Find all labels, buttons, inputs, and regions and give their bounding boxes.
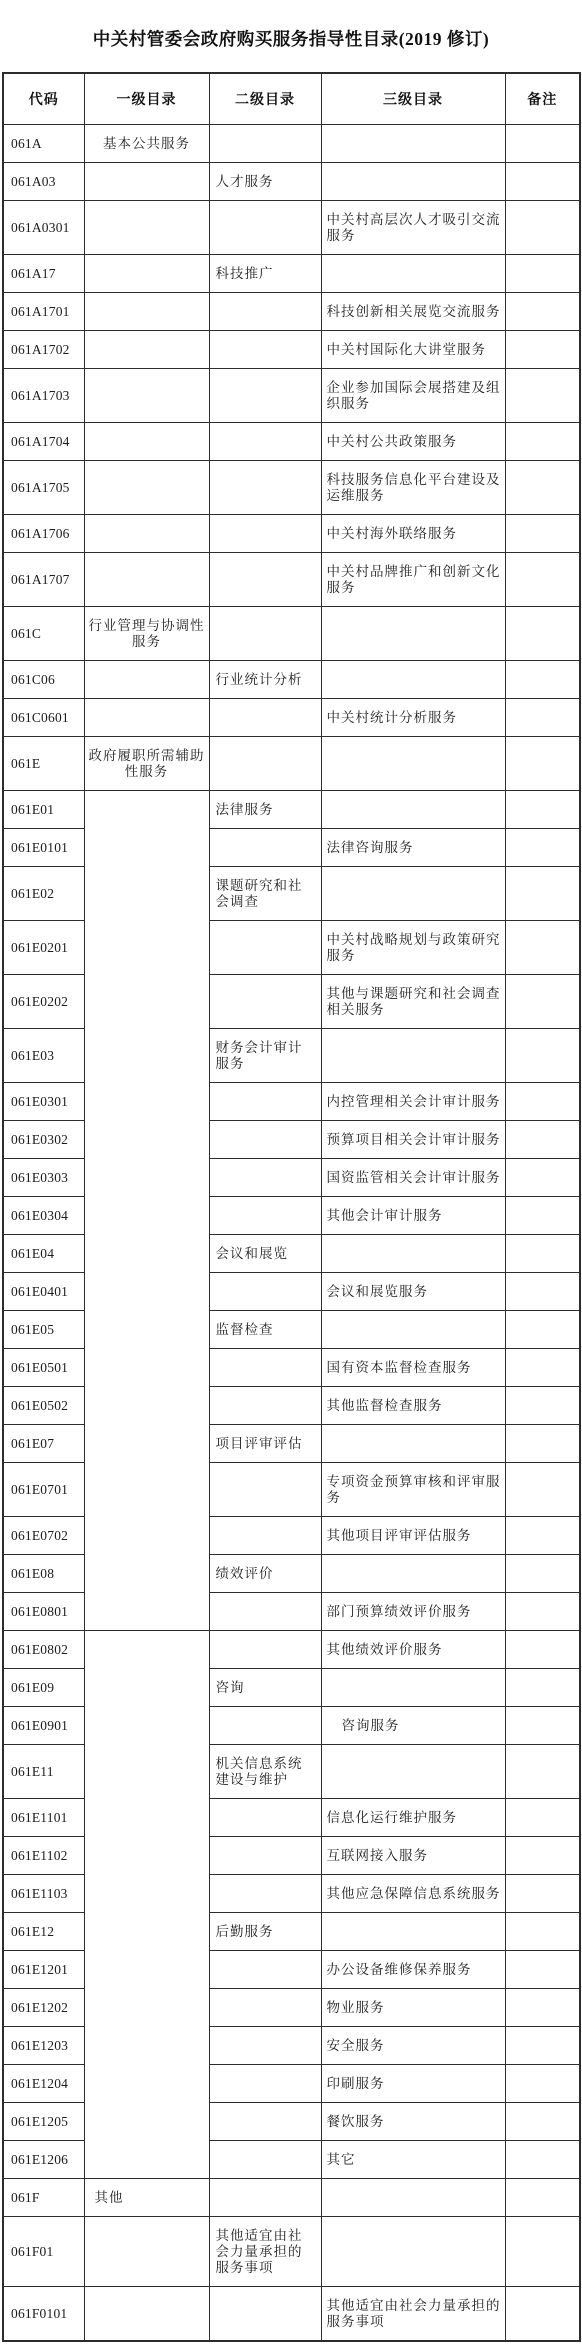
cell-level1: 其他 bbox=[84, 2179, 209, 2217]
cell-note bbox=[505, 1555, 580, 1593]
cell-level3 bbox=[321, 791, 505, 829]
cell-level3: 餐饮服务 bbox=[321, 2103, 505, 2141]
cell-level1 bbox=[84, 791, 209, 1631]
cell-level2 bbox=[209, 369, 321, 423]
cell-level2: 会议和展览 bbox=[209, 1235, 321, 1273]
cell-code: 061C06 bbox=[3, 661, 84, 699]
cell-level3 bbox=[321, 1235, 505, 1273]
cell-note bbox=[505, 201, 580, 255]
cell-level2 bbox=[209, 1593, 321, 1631]
cell-level1 bbox=[84, 201, 209, 255]
cell-note bbox=[505, 829, 580, 867]
cell-note bbox=[505, 1669, 580, 1707]
cell-code: 061A1701 bbox=[3, 293, 84, 331]
cell-level2: 法律服务 bbox=[209, 791, 321, 829]
cell-note bbox=[505, 1463, 580, 1517]
cell-code: 061E05 bbox=[3, 1311, 84, 1349]
cell-level2: 科技推广 bbox=[209, 255, 321, 293]
cell-level3 bbox=[321, 1745, 505, 1799]
cell-level3: 法律咨询服务 bbox=[321, 829, 505, 867]
cell-level2: 财务会计审计服务 bbox=[209, 1029, 321, 1083]
cell-code: 061A1705 bbox=[3, 461, 84, 515]
cell-level3: 中关村国际化大讲堂服务 bbox=[321, 331, 505, 369]
column-header-5: 备注 bbox=[505, 73, 580, 125]
cell-level2 bbox=[209, 331, 321, 369]
cell-note bbox=[505, 125, 580, 163]
cell-level1 bbox=[84, 293, 209, 331]
table-row-061E0802: 061E0802其他绩效评价服务 bbox=[3, 1631, 580, 1669]
cell-level2 bbox=[209, 975, 321, 1029]
table-row-061A0301: 061A0301中关村高层次人才吸引交流服务 bbox=[3, 201, 580, 255]
cell-level2: 机关信息系统建设与维护 bbox=[209, 1745, 321, 1799]
cell-level3: 印刷服务 bbox=[321, 2065, 505, 2103]
cell-level1 bbox=[84, 515, 209, 553]
cell-code: 061E08 bbox=[3, 1555, 84, 1593]
cell-level1 bbox=[84, 461, 209, 515]
cell-code: 061E07 bbox=[3, 1425, 84, 1463]
cell-code: 061E0303 bbox=[3, 1159, 84, 1197]
cell-level2 bbox=[209, 1951, 321, 1989]
cell-level2: 项目评审评估 bbox=[209, 1425, 321, 1463]
cell-note bbox=[505, 461, 580, 515]
cell-code: 061E0502 bbox=[3, 1387, 84, 1425]
cell-level3: 中关村品牌推广和创新文化服务 bbox=[321, 553, 505, 607]
cell-level3 bbox=[321, 1913, 505, 1951]
cell-code: 061E1205 bbox=[3, 2103, 84, 2141]
cell-level2 bbox=[209, 1083, 321, 1121]
cell-level3: 部门预算绩效评价服务 bbox=[321, 1593, 505, 1631]
cell-note bbox=[505, 369, 580, 423]
header-row: 代码一级目录二级目录三级目录备注 bbox=[3, 73, 580, 125]
table-row-061F0101: 061F0101其他适宜由社会力量承担的服务事项 bbox=[3, 2287, 580, 2342]
catalog-table: 代码一级目录二级目录三级目录备注 061A基本公共服务061A03人才服务061… bbox=[2, 72, 581, 2342]
cell-note bbox=[505, 1517, 580, 1555]
cell-level2 bbox=[209, 737, 321, 791]
table-body: 061A基本公共服务061A03人才服务061A0301中关村高层次人才吸引交流… bbox=[3, 125, 580, 2342]
cell-level1 bbox=[84, 255, 209, 293]
cell-level3: 中关村海外联络服务 bbox=[321, 515, 505, 553]
cell-level2 bbox=[209, 1159, 321, 1197]
cell-code: 061E1206 bbox=[3, 2141, 84, 2179]
cell-code: 061E1201 bbox=[3, 1951, 84, 1989]
cell-level2 bbox=[209, 2141, 321, 2179]
cell-level2 bbox=[209, 1631, 321, 1669]
cell-level3 bbox=[321, 255, 505, 293]
cell-note bbox=[505, 423, 580, 461]
cell-level1 bbox=[84, 369, 209, 423]
table-row-061E: 061E政府履职所需辅助性服务 bbox=[3, 737, 580, 791]
cell-level2 bbox=[209, 1349, 321, 1387]
cell-code: 061E0301 bbox=[3, 1083, 84, 1121]
cell-level3: 国资监管相关会计审计服务 bbox=[321, 1159, 505, 1197]
cell-level1: 基本公共服务 bbox=[84, 125, 209, 163]
table-row-061F: 061F其他 bbox=[3, 2179, 580, 2217]
cell-code: 061A1702 bbox=[3, 331, 84, 369]
cell-note bbox=[505, 515, 580, 553]
document-page: 中关村管委会政府购买服务指导性目录(2019 修订) 代码一级目录二级目录三级目… bbox=[0, 0, 582, 2346]
cell-note bbox=[505, 2287, 580, 2342]
cell-code: 061E0101 bbox=[3, 829, 84, 867]
cell-note bbox=[505, 293, 580, 331]
cell-code: 061E04 bbox=[3, 1235, 84, 1273]
cell-note bbox=[505, 791, 580, 829]
table-row-061E01: 061E01法律服务 bbox=[3, 791, 580, 829]
cell-code: 061E0401 bbox=[3, 1273, 84, 1311]
table-row-061A1702: 061A1702中关村国际化大讲堂服务 bbox=[3, 331, 580, 369]
cell-code: 061E0202 bbox=[3, 975, 84, 1029]
cell-code: 061A1704 bbox=[3, 423, 84, 461]
table-row-061F01: 061F01其他适宜由社会力量承担的服务事项 bbox=[3, 2217, 580, 2287]
cell-level2 bbox=[209, 1121, 321, 1159]
table-row-061A1707: 061A1707中关村品牌推广和创新文化服务 bbox=[3, 553, 580, 607]
cell-note bbox=[505, 255, 580, 293]
cell-level1 bbox=[84, 661, 209, 699]
cell-level1: 政府履职所需辅助性服务 bbox=[84, 737, 209, 791]
cell-level1 bbox=[84, 1631, 209, 2179]
cell-level3 bbox=[321, 867, 505, 921]
cell-level3: 其他绩效评价服务 bbox=[321, 1631, 505, 1669]
cell-level1 bbox=[84, 423, 209, 461]
cell-level3 bbox=[321, 1311, 505, 1349]
cell-note bbox=[505, 1159, 580, 1197]
cell-code: 061E0302 bbox=[3, 1121, 84, 1159]
cell-note bbox=[505, 1311, 580, 1349]
cell-code: 061E1101 bbox=[3, 1799, 84, 1837]
cell-level2 bbox=[209, 1463, 321, 1517]
table-row-061C0601: 061C0601中关村统计分析服务 bbox=[3, 699, 580, 737]
cell-note bbox=[505, 867, 580, 921]
cell-code: 061E1103 bbox=[3, 1875, 84, 1913]
cell-level3: 互联网接入服务 bbox=[321, 1837, 505, 1875]
cell-level2 bbox=[209, 1387, 321, 1425]
cell-code: 061E0801 bbox=[3, 1593, 84, 1631]
cell-note bbox=[505, 1745, 580, 1799]
cell-level3: 科技服务信息化平台建设及运维服务 bbox=[321, 461, 505, 515]
cell-level3 bbox=[321, 661, 505, 699]
cell-code: 061E03 bbox=[3, 1029, 84, 1083]
cell-level3 bbox=[321, 2179, 505, 2217]
cell-note bbox=[505, 1799, 580, 1837]
cell-level2 bbox=[209, 293, 321, 331]
cell-level2: 咨询 bbox=[209, 1669, 321, 1707]
table-row-061A1703: 061A1703企业参加国际会展搭建及组织服务 bbox=[3, 369, 580, 423]
cell-level3: 安全服务 bbox=[321, 2027, 505, 2065]
cell-note bbox=[505, 975, 580, 1029]
cell-code: 061F01 bbox=[3, 2217, 84, 2287]
cell-level2 bbox=[209, 921, 321, 975]
cell-code: 061E1102 bbox=[3, 1837, 84, 1875]
cell-level3: 中关村公共政策服务 bbox=[321, 423, 505, 461]
cell-level3: 信息化运行维护服务 bbox=[321, 1799, 505, 1837]
cell-level1 bbox=[84, 2287, 209, 2342]
cell-note bbox=[505, 737, 580, 791]
cell-code: 061A17 bbox=[3, 255, 84, 293]
cell-note bbox=[505, 331, 580, 369]
cell-code: 061F0101 bbox=[3, 2287, 84, 2342]
cell-level2 bbox=[209, 2179, 321, 2217]
cell-note bbox=[505, 1631, 580, 1669]
cell-code: 061E01 bbox=[3, 791, 84, 829]
table-row-061C06: 061C06行业统计分析 bbox=[3, 661, 580, 699]
cell-level2 bbox=[209, 423, 321, 461]
cell-level2: 人才服务 bbox=[209, 163, 321, 201]
cell-code: 061E0201 bbox=[3, 921, 84, 975]
cell-level2 bbox=[209, 2027, 321, 2065]
cell-level3 bbox=[321, 1669, 505, 1707]
cell-code: 061A0301 bbox=[3, 201, 84, 255]
cell-level3: 专项资金预算审核和评审服务 bbox=[321, 1463, 505, 1517]
cell-code: 061E0802 bbox=[3, 1631, 84, 1669]
cell-level3: 其他适宜由社会力量承担的服务事项 bbox=[321, 2287, 505, 2342]
cell-level2 bbox=[209, 1197, 321, 1235]
cell-note bbox=[505, 1989, 580, 2027]
cell-note bbox=[505, 1913, 580, 1951]
cell-level3: 国有资本监督检查服务 bbox=[321, 1349, 505, 1387]
cell-level2 bbox=[209, 1989, 321, 2027]
cell-code: 061A03 bbox=[3, 163, 84, 201]
cell-code: 061E1202 bbox=[3, 1989, 84, 2027]
cell-code: 061E09 bbox=[3, 1669, 84, 1707]
table-row-061A17: 061A17科技推广 bbox=[3, 255, 580, 293]
cell-level2 bbox=[209, 607, 321, 661]
cell-level2 bbox=[209, 461, 321, 515]
cell-note bbox=[505, 1197, 580, 1235]
cell-note bbox=[505, 2027, 580, 2065]
cell-note bbox=[505, 2179, 580, 2217]
cell-code: 061E0501 bbox=[3, 1349, 84, 1387]
cell-level1 bbox=[84, 699, 209, 737]
cell-level2 bbox=[209, 1837, 321, 1875]
column-header-1: 代码 bbox=[3, 73, 84, 125]
cell-level2 bbox=[209, 2103, 321, 2141]
cell-level3: 中关村战略规划与政策研究服务 bbox=[321, 921, 505, 975]
table-row-061A1704: 061A1704中关村公共政策服务 bbox=[3, 423, 580, 461]
cell-note bbox=[505, 2103, 580, 2141]
cell-level2 bbox=[209, 1799, 321, 1837]
cell-level3: 其他项目评审评估服务 bbox=[321, 1517, 505, 1555]
cell-level2: 其他适宜由社会力量承担的服务事项 bbox=[209, 2217, 321, 2287]
cell-level2 bbox=[209, 2287, 321, 2342]
cell-code: 061E0701 bbox=[3, 1463, 84, 1517]
cell-level2 bbox=[209, 553, 321, 607]
cell-level3: 其它 bbox=[321, 2141, 505, 2179]
column-header-4: 三级目录 bbox=[321, 73, 505, 125]
cell-code: 061A1707 bbox=[3, 553, 84, 607]
cell-code: 061E0304 bbox=[3, 1197, 84, 1235]
cell-level2 bbox=[209, 1707, 321, 1745]
cell-note bbox=[505, 1707, 580, 1745]
cell-code: 061E0702 bbox=[3, 1517, 84, 1555]
cell-level2 bbox=[209, 125, 321, 163]
cell-level2: 后勤服务 bbox=[209, 1913, 321, 1951]
cell-code: 061E02 bbox=[3, 867, 84, 921]
cell-level2 bbox=[209, 829, 321, 867]
cell-level3: 咨询服务 bbox=[321, 1707, 505, 1745]
table-row-061A1701: 061A1701科技创新相关展览交流服务 bbox=[3, 293, 580, 331]
cell-level3: 其他与课题研究和社会调查相关服务 bbox=[321, 975, 505, 1029]
cell-code: 061E0901 bbox=[3, 1707, 84, 1745]
cell-level3: 会议和展览服务 bbox=[321, 1273, 505, 1311]
cell-note bbox=[505, 1837, 580, 1875]
cell-level2 bbox=[209, 1273, 321, 1311]
cell-note bbox=[505, 1349, 580, 1387]
cell-note bbox=[505, 1387, 580, 1425]
cell-code: 061E11 bbox=[3, 1745, 84, 1799]
cell-level1: 行业管理与协调性服务 bbox=[84, 607, 209, 661]
cell-level2 bbox=[209, 2065, 321, 2103]
cell-code: 061E12 bbox=[3, 1913, 84, 1951]
cell-level1 bbox=[84, 2217, 209, 2287]
cell-level3: 内控管理相关会计审计服务 bbox=[321, 1083, 505, 1121]
cell-code: 061C0601 bbox=[3, 699, 84, 737]
cell-level3 bbox=[321, 1029, 505, 1083]
column-header-3: 二级目录 bbox=[209, 73, 321, 125]
cell-note bbox=[505, 1083, 580, 1121]
cell-level2: 监督检查 bbox=[209, 1311, 321, 1349]
cell-code: 061A1703 bbox=[3, 369, 84, 423]
table-row-061A03: 061A03人才服务 bbox=[3, 163, 580, 201]
cell-level1 bbox=[84, 553, 209, 607]
cell-level3 bbox=[321, 607, 505, 661]
cell-code: 061A1706 bbox=[3, 515, 84, 553]
cell-note bbox=[505, 1875, 580, 1913]
cell-level3: 物业服务 bbox=[321, 1989, 505, 2027]
cell-level3: 中关村统计分析服务 bbox=[321, 699, 505, 737]
cell-level3 bbox=[321, 1425, 505, 1463]
column-header-2: 一级目录 bbox=[84, 73, 209, 125]
cell-note bbox=[505, 1425, 580, 1463]
cell-note bbox=[505, 699, 580, 737]
cell-level3 bbox=[321, 125, 505, 163]
cell-level3: 企业参加国际会展搭建及组织服务 bbox=[321, 369, 505, 423]
cell-level3: 科技创新相关展览交流服务 bbox=[321, 293, 505, 331]
cell-code: 061C bbox=[3, 607, 84, 661]
cell-level1 bbox=[84, 163, 209, 201]
table-row-061C: 061C行业管理与协调性服务 bbox=[3, 607, 580, 661]
cell-code: 061F bbox=[3, 2179, 84, 2217]
cell-level3: 其他会计审计服务 bbox=[321, 1197, 505, 1235]
cell-level3: 中关村高层次人才吸引交流服务 bbox=[321, 201, 505, 255]
cell-level2: 绩效评价 bbox=[209, 1555, 321, 1593]
cell-note bbox=[505, 661, 580, 699]
cell-note bbox=[505, 1273, 580, 1311]
cell-level3 bbox=[321, 163, 505, 201]
cell-note bbox=[505, 921, 580, 975]
cell-code: 061E1203 bbox=[3, 2027, 84, 2065]
cell-note bbox=[505, 553, 580, 607]
cell-note bbox=[505, 2217, 580, 2287]
cell-level3 bbox=[321, 2217, 505, 2287]
cell-note bbox=[505, 607, 580, 661]
cell-note bbox=[505, 2065, 580, 2103]
cell-note bbox=[505, 1593, 580, 1631]
cell-level3: 其他监督检查服务 bbox=[321, 1387, 505, 1425]
cell-note bbox=[505, 1235, 580, 1273]
cell-level2: 课题研究和社会调查 bbox=[209, 867, 321, 921]
table-row-061A1706: 061A1706中关村海外联络服务 bbox=[3, 515, 580, 553]
cell-level3 bbox=[321, 737, 505, 791]
cell-note bbox=[505, 163, 580, 201]
cell-code: 061E1204 bbox=[3, 2065, 84, 2103]
cell-level2 bbox=[209, 699, 321, 737]
page-title: 中关村管委会政府购买服务指导性目录(2019 修订) bbox=[0, 0, 582, 51]
cell-code: 061A bbox=[3, 125, 84, 163]
cell-level3: 预算项目相关会计审计服务 bbox=[321, 1121, 505, 1159]
cell-level2: 行业统计分析 bbox=[209, 661, 321, 699]
cell-note bbox=[505, 1029, 580, 1083]
cell-note bbox=[505, 1951, 580, 1989]
cell-level1 bbox=[84, 331, 209, 369]
cell-level3: 其他应急保障信息系统服务 bbox=[321, 1875, 505, 1913]
cell-level2 bbox=[209, 1517, 321, 1555]
cell-level2 bbox=[209, 1875, 321, 1913]
cell-code: 061E bbox=[3, 737, 84, 791]
cell-level3 bbox=[321, 1555, 505, 1593]
table-row-061A: 061A基本公共服务 bbox=[3, 125, 580, 163]
cell-note bbox=[505, 2141, 580, 2179]
cell-level3: 办公设备维修保养服务 bbox=[321, 1951, 505, 1989]
cell-level2 bbox=[209, 201, 321, 255]
cell-level2 bbox=[209, 515, 321, 553]
cell-note bbox=[505, 1121, 580, 1159]
table-row-061A1705: 061A1705科技服务信息化平台建设及运维服务 bbox=[3, 461, 580, 515]
